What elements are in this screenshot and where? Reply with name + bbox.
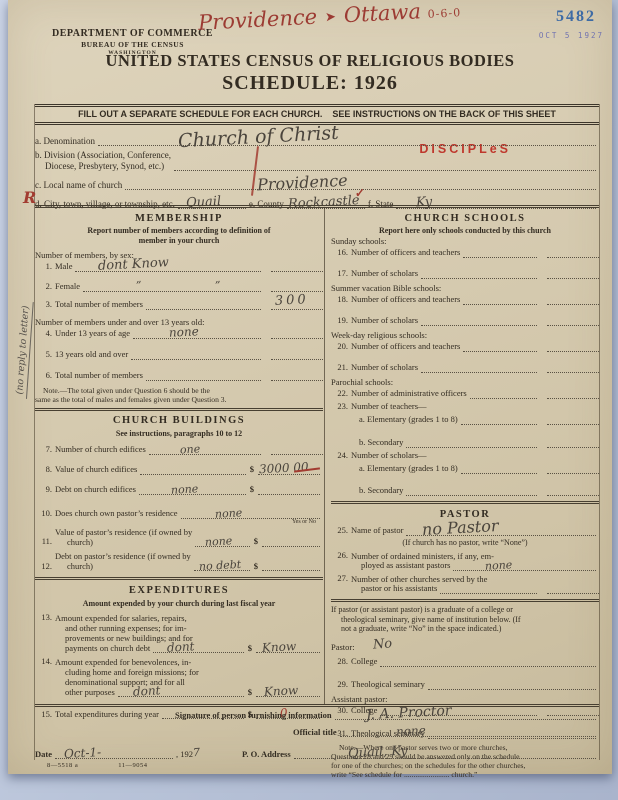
membership-note: Note.—The total given under Question 6 s… <box>35 386 323 404</box>
q14-handwritten-after: Know <box>263 684 298 700</box>
q17-number: 17. <box>331 269 348 279</box>
graduate-divider-rule <box>331 599 599 602</box>
q4-dotted-line: none <box>133 329 261 339</box>
q9-label: Debt on church edifices <box>55 485 136 495</box>
q27-label-block: Number of other churches served by the p… <box>351 574 599 594</box>
q14-line2: cluding home and foreign missions; for <box>55 667 323 677</box>
q13-handwritten-before: dont <box>166 640 194 655</box>
date-address-row: Date Oct-1- , 1927 P. O. Address Quail, … <box>35 746 599 759</box>
q8-value-row: 8. Value of church edifices $ 3000 00 <box>35 465 323 475</box>
q7-label: Number of church edifices <box>55 445 146 455</box>
q29-label: Theological seminary <box>351 680 425 690</box>
division-row: b. Division (Association, Conference, Di… <box>35 150 599 171</box>
q12-label-line2: church) <box>55 561 93 571</box>
q21-number: 21. <box>331 363 348 373</box>
q12-residence-debt-row: 12. Debt on pastor’s residence (if owned… <box>35 551 323 571</box>
q13-dotted-line: dont <box>153 643 244 653</box>
local-name-row: c. Local name of church Providence <box>35 180 599 190</box>
q19-row: 19. Number of scholars <box>331 316 599 326</box>
q16-answer-space <box>547 248 599 258</box>
q6-total-row: 6. Total number of members <box>35 371 323 381</box>
serial-number-stamp: 5482 <box>556 8 596 26</box>
q16-row: 16. Number of officers and teachers <box>331 248 599 258</box>
pastor-note-line4: write “See schedule for ................… <box>331 770 599 779</box>
q13-line4: payments on church debt <box>55 644 150 654</box>
instructions-banner: FILL OUT A SEPARATE SCHEDULE FOR EACH CH… <box>35 104 599 125</box>
q7-handwritten-answer: one <box>180 443 201 457</box>
q11-amount-line <box>262 537 320 547</box>
q2-dotted-line: ”” <box>83 282 261 292</box>
division-label: b. Division (Association, Conference, Di… <box>35 150 171 171</box>
q18-dotted-line <box>463 295 537 305</box>
q16-label: Number of officers and teachers <box>351 248 460 258</box>
q23-label: Number of teachers— <box>351 402 427 412</box>
q28-row: 28. College <box>331 657 599 667</box>
q12-dotted-line: no debt <box>194 561 250 571</box>
q13-dollar-sign: $ <box>248 644 252 654</box>
q18-row: 18. Number of officers and teachers <box>331 295 599 305</box>
denomination-line: Church of Christ <box>98 136 596 146</box>
q11-label-line2: church) <box>55 537 93 547</box>
q23a-row: a. Elementary (grades 1 to 8) <box>331 415 599 425</box>
q23b-row: b. Secondary <box>331 438 599 448</box>
q9-number: 9. <box>35 485 52 495</box>
q1-dotted-line: dont Know <box>75 262 261 272</box>
section-divider-rule <box>35 205 599 208</box>
division-line <box>174 161 596 171</box>
signature-handwritten: J. A. Proctor <box>366 703 452 723</box>
q19-label: Number of scholars <box>351 316 418 326</box>
expenditures-title: EXPENDITURES <box>35 585 323 596</box>
footer-section: Signature of person furnishing informati… <box>35 710 599 759</box>
membership-subtitle-line2: member in your church <box>35 236 323 246</box>
q20-row: 20. Number of officers and teachers <box>331 342 599 352</box>
q14-dollar-sign: $ <box>248 688 252 698</box>
q8-dollar-sign: $ <box>250 465 254 475</box>
q11-dotted-line: none <box>195 537 250 547</box>
q20-answer-space <box>547 342 599 352</box>
graduate-note-line3: not a graduate, write “No” in the space … <box>331 624 599 634</box>
graduate-note-line2: theological seminary, give name of insti… <box>331 615 599 625</box>
q2-label: Female <box>55 282 80 292</box>
pastor-note-line3: for one of the churches; on the schedule… <box>331 761 599 770</box>
signature-label: Signature of person furnishing informati… <box>175 710 332 720</box>
denomination-row: a. Denomination Church of Christ <box>35 136 599 146</box>
right-column: CHURCH SCHOOLS Report here only schools … <box>331 210 599 779</box>
q13-line2: and other running expenses; for im- <box>55 623 323 633</box>
q25-handwritten-answer: no Pastor <box>421 517 498 539</box>
q7-answer-space <box>271 445 323 455</box>
official-title-row: Official title none <box>293 727 599 737</box>
q14-amount-line: Know <box>256 687 320 697</box>
bureau-line: BUREAU OF THE CENSUS <box>52 40 213 50</box>
po-address-handwritten: Quail, Ky <box>348 743 408 761</box>
q4-answer-space <box>271 329 323 339</box>
route-code: 0-6-0 <box>427 6 461 21</box>
q8-dotted-line <box>140 465 245 475</box>
q12-amount-line <box>262 561 320 571</box>
q23a-label: a. Elementary (grades 1 to 8) <box>359 415 458 425</box>
q10-handwritten-answer: none <box>215 507 243 521</box>
form-subtitle: SCHEDULE: 1926 <box>8 72 612 95</box>
q18-label: Number of officers and teachers <box>351 295 460 305</box>
q2-answer-space <box>271 282 323 292</box>
q25-dotted-line: no Pastor <box>406 526 596 536</box>
q10-label: Does church own pastor’s residence <box>55 509 178 519</box>
q10-number: 10. <box>35 509 52 519</box>
q14-benevolences-row: 14. Amount expended for benevolences, in… <box>35 657 323 697</box>
q26-handwritten-answer: none <box>485 559 513 573</box>
right-border-rule <box>599 104 600 760</box>
q12-number: 12. <box>35 562 52 572</box>
q1-answer-space <box>271 262 323 272</box>
identification-section: DISCIPLeS a. Denomination Church of Chri… <box>35 130 599 209</box>
q13-salaries-row: 13. Amount expended for salaries, repair… <box>35 613 323 653</box>
q20-label: Number of officers and teachers <box>351 342 460 352</box>
division-label-line2: Diocese, Presbytery, Synod, etc.) <box>35 161 171 172</box>
assistant-pastor-heading: Assistant pastor: <box>331 694 599 704</box>
q9-handwritten-answer: none <box>171 483 199 497</box>
members-by-sex-heading: Number of members, by sex: <box>35 250 323 260</box>
q7-number: 7. <box>35 445 52 455</box>
q11-label-line1: Value of pastor’s residence (if owned by <box>55 527 192 537</box>
margin-note-handwritten: (no reply to letter) <box>14 301 34 399</box>
q23-number: 23. <box>331 402 348 412</box>
form-title: UNITED STATES CENSUS OF RELIGIOUS BODIES <box>8 51 612 71</box>
q2-ditto-mark-2: ” <box>214 280 220 293</box>
q22-dotted-line <box>470 389 537 399</box>
q12-dollar-sign: $ <box>254 562 258 572</box>
q29-dotted-line <box>428 680 596 690</box>
q18-answer-space <box>547 295 599 305</box>
arrow-icon: ➤ <box>325 10 337 26</box>
q27-dotted-line <box>440 584 537 594</box>
route-from: Providence <box>198 5 318 35</box>
scanned-census-form-page: DEPARTMENT OF COMMERCE BUREAU OF THE CEN… <box>0 0 618 800</box>
q6-dotted-line <box>146 371 261 381</box>
pastor-no-row: Pastor: No <box>331 638 599 653</box>
official-title-line: none <box>340 727 596 737</box>
q14-answer-line: other purposes dont $ Know <box>55 687 323 697</box>
q5-dotted-line <box>131 350 261 360</box>
q19-answer-space <box>547 316 599 326</box>
red-route-annotation: Providence➤Ottawa 0-6-0 <box>198 0 462 35</box>
q21-dotted-line <box>421 363 537 373</box>
q1-male-row: 1. Male dont Know <box>35 262 323 272</box>
q24a-answer-space <box>547 464 599 474</box>
q27-line2: pastor or his assistants <box>351 584 437 594</box>
q29-row: 29. Theological seminary <box>331 680 599 690</box>
q3-total-members-row: 3. Total number of members 300 <box>35 300 323 310</box>
q23a-dotted-line <box>461 415 537 425</box>
q27-answer-space <box>547 584 599 594</box>
membership-title: MEMBERSHIP <box>35 213 323 224</box>
schools-subtitle: Report here only schools conducted by th… <box>331 226 599 236</box>
city-handwritten: Quail <box>186 194 222 211</box>
q24a-label: a. Elementary (grades 1 to 8) <box>359 464 458 474</box>
q17-dotted-line <box>421 269 537 279</box>
state-handwritten: Ky <box>416 195 433 211</box>
q12-label-line1: Debt on pastor’s residence (if owned by <box>55 551 191 561</box>
q9-dotted-line: none <box>139 485 246 495</box>
q5-answer-space <box>271 350 323 360</box>
q5-number: 5. <box>35 350 52 360</box>
q3-handwritten-answer: 300 <box>275 293 310 310</box>
q2-female-row: 2. Female ”” <box>35 282 323 292</box>
left-column: MEMBERSHIP Report number of members acco… <box>35 210 323 719</box>
po-address-line: Quail, Ky <box>294 749 596 759</box>
pastor-handwritten-no: No <box>372 637 392 653</box>
buildings-title: CHURCH BUILDINGS <box>35 415 323 426</box>
q1-handwritten-answer: dont Know <box>97 256 169 275</box>
pastor-divider-rule <box>331 501 599 504</box>
q17-row: 17. Number of scholars <box>331 269 599 279</box>
q2-number: 2. <box>35 282 52 292</box>
q26-dotted-line: none <box>453 561 596 571</box>
route-to: Ottawa <box>343 0 421 27</box>
q24b-answer-space <box>547 486 599 496</box>
local-name-label: c. Local name of church <box>35 180 122 190</box>
q9-amount-line <box>258 485 320 495</box>
form-codes: 8—5518 a11—9054 <box>47 762 188 769</box>
q14-line4: other purposes <box>55 688 115 698</box>
q25-row: 25. Name of pastor no Pastor <box>331 526 599 536</box>
membership-subtitle: Report number of members according to de… <box>35 226 323 246</box>
buildings-subtitle: See instructions, paragraphs 10 to 12 <box>35 429 323 439</box>
q7-edifices-row: 7. Number of church edifices one <box>35 445 323 455</box>
form-code-1: 8—5518 a <box>47 762 78 769</box>
q3-dotted-line <box>146 300 261 310</box>
yes-or-no-caption: Yes or No <box>292 519 316 526</box>
date-line: Oct-1- <box>55 749 173 759</box>
q14-handwritten-before: dont <box>133 684 161 699</box>
q3-answer-space: 300 <box>271 300 323 310</box>
q28-dotted-line <box>380 657 596 667</box>
q23-row: 23. Number of teachers— <box>331 402 599 412</box>
signature-line: J. A. Proctor <box>335 710 596 720</box>
q26-row: 26. Number of ordained ministers, if any… <box>331 551 599 571</box>
q12-handwritten-answer: no debt <box>199 559 242 574</box>
q2-ditto-mark-1: ” <box>136 280 142 293</box>
division-label-line1: b. Division (Association, Conference, <box>35 150 171 161</box>
parochial-schools-heading: Parochial schools: <box>331 377 599 387</box>
q11-label: Value of pastor’s residence (if owned by… <box>55 527 192 547</box>
q22-row: 22. Number of administrative officers <box>331 389 599 399</box>
q22-answer-space <box>547 389 599 399</box>
q18-number: 18. <box>331 295 348 305</box>
q16-dotted-line <box>463 248 537 258</box>
received-date-stamp: OCT 5 1927 <box>539 31 604 40</box>
q19-number: 19. <box>331 316 348 326</box>
graduate-note-line1: If pastor (or assistant pastor) is a gra… <box>331 605 599 615</box>
q27-answer-line: pastor or his assistants <box>351 584 599 594</box>
q4-handwritten-answer: none <box>169 325 199 340</box>
q24b-row: b. Secondary <box>331 486 599 496</box>
year-printed: , 192 <box>176 749 193 759</box>
q11-dollar-sign: $ <box>254 537 258 547</box>
denomination-handwritten: Church of Christ <box>177 122 339 152</box>
q14-number: 14. <box>35 657 52 667</box>
official-title-label: Official title <box>293 727 337 737</box>
q27-number: 27. <box>331 574 348 584</box>
q25-note: (If church has no pastor, write “None”) <box>331 538 599 548</box>
q22-number: 22. <box>331 389 348 399</box>
q23b-label: b. Secondary <box>359 438 403 448</box>
q13-label-block: Amount expended for salaries, repairs, a… <box>55 613 323 653</box>
q13-amount-line: Know <box>256 643 320 653</box>
q11-residence-value-row: 11. Value of pastor’s residence (if owne… <box>35 527 323 547</box>
q27-row: 27. Number of other churches served by t… <box>331 574 599 594</box>
q20-number: 20. <box>331 342 348 352</box>
q14-dotted-line: dont <box>118 687 244 697</box>
q29-number: 29. <box>331 680 348 690</box>
department-line: DEPARTMENT OF COMMERCE <box>52 27 213 40</box>
q25-label: Name of pastor <box>351 526 403 536</box>
year-digit-handwritten: 7 <box>193 746 201 759</box>
q10-residence-row: 10. Does church own pastor’s residence n… <box>35 509 323 519</box>
q24b-label: b. Secondary <box>359 486 403 496</box>
q26-line2: ployed as assistant pastors <box>351 561 450 571</box>
q24-row: 24. Number of scholars— <box>331 451 599 461</box>
q21-label: Number of scholars <box>351 363 418 373</box>
q1-label: Male <box>55 262 72 272</box>
denomination-label: a. Denomination <box>35 136 95 146</box>
q6-label: Total number of members <box>55 371 143 381</box>
q21-answer-space <box>547 363 599 373</box>
q13-handwritten-after: Know <box>262 640 297 656</box>
pastor-line-label: Pastor: <box>331 643 355 653</box>
q14-line1: Amount expended for benevolences, in- <box>55 657 323 667</box>
q24b-dotted-line <box>406 486 537 496</box>
q23b-answer-space <box>547 438 599 448</box>
date-label: Date <box>35 749 52 759</box>
q16-number: 16. <box>331 248 348 258</box>
q26-answer-line: ployed as assistant pastors none <box>351 561 599 571</box>
q3-number: 3. <box>35 300 52 310</box>
sunday-schools-heading: Sunday schools: <box>331 236 599 246</box>
q9-debt-row: 9. Debt on church edifices none $ <box>35 485 323 495</box>
q4-under13-row: 4. Under 13 years of age none <box>35 329 323 339</box>
q4-label: Under 13 years of age <box>55 329 130 339</box>
q25-number: 25. <box>331 526 348 536</box>
schools-title: CHURCH SCHOOLS <box>331 213 599 224</box>
q1-number: 1. <box>35 262 52 272</box>
signature-row: Signature of person furnishing informati… <box>175 710 599 720</box>
q24-number: 24. <box>331 451 348 461</box>
q24a-dotted-line <box>461 464 537 474</box>
q8-label: Value of church edifices <box>55 465 137 475</box>
q11-number: 11. <box>35 537 52 547</box>
membership-note-line2: same as the total of males and females g… <box>35 395 323 404</box>
q28-number: 28. <box>331 657 348 667</box>
membership-subtitle-line1: Report number of members according to de… <box>35 226 323 236</box>
q5-label: 13 years old and over <box>55 350 128 360</box>
q22-label: Number of administrative officers <box>351 389 467 399</box>
po-address-label: P. O. Address <box>242 749 291 759</box>
expenditures-subtitle: Amount expended by your church during la… <box>35 599 323 609</box>
q12-label: Debt on pastor’s residence (if owned by … <box>55 551 191 571</box>
date-handwritten: Oct-1- <box>64 745 102 761</box>
q8-number: 8. <box>35 465 52 475</box>
q13-line1: Amount expended for salaries, repairs, <box>55 613 323 623</box>
q26-label-block: Number of ordained ministers, if any, em… <box>351 551 599 571</box>
q3-label: Total number of members <box>55 300 143 310</box>
q19-dotted-line <box>421 316 537 326</box>
q5-over13-row: 5. 13 years old and over <box>35 350 323 360</box>
buildings-divider-rule <box>35 408 323 411</box>
q26-number: 26. <box>331 551 348 561</box>
q28-label: College <box>351 657 377 667</box>
weekday-schools-heading: Week-day religious schools: <box>331 330 599 340</box>
q17-answer-space <box>547 269 599 279</box>
form-code-2: 11—9054 <box>118 762 147 769</box>
q14-label-block: Amount expended for benevolences, in- cl… <box>55 657 323 697</box>
q23b-dotted-line <box>406 438 537 448</box>
q23a-answer-space <box>547 415 599 425</box>
q4-number: 4. <box>35 329 52 339</box>
graduate-note: If pastor (or assistant pastor) is a gra… <box>331 605 599 634</box>
q24a-row: a. Elementary (grades 1 to 8) <box>331 464 599 474</box>
q11-handwritten-answer: none <box>205 535 233 549</box>
summer-schools-heading: Summer vacation Bible schools: <box>331 283 599 293</box>
q17-label: Number of scholars <box>351 269 418 279</box>
q24-label: Number of scholars— <box>351 451 427 461</box>
official-title-handwritten: none <box>396 723 426 739</box>
expenditures-divider-rule <box>35 577 323 580</box>
q13-answer-line: payments on church debt dont $ Know <box>55 643 323 653</box>
q13-number: 13. <box>35 613 52 623</box>
footer-divider-rule <box>35 704 599 707</box>
red-check-icon: ✓ <box>355 186 365 201</box>
q10-dotted-line: noneYes or No <box>181 509 320 519</box>
q21-row: 21. Number of scholars <box>331 363 599 373</box>
q20-dotted-line <box>463 342 537 352</box>
column-divider <box>324 208 325 705</box>
membership-note-line1: Note.—The total given under Question 6 s… <box>35 386 323 395</box>
q6-answer-space <box>271 371 323 381</box>
local-name-handwritten: Providence <box>257 171 349 195</box>
q8-amount-line: 3000 00 <box>258 465 320 475</box>
q9-dollar-sign: $ <box>250 485 254 495</box>
q6-number: 6. <box>35 371 52 381</box>
q7-dotted-line: one <box>149 445 261 455</box>
census-form-paper: DEPARTMENT OF COMMERCE BUREAU OF THE CEN… <box>8 0 612 774</box>
